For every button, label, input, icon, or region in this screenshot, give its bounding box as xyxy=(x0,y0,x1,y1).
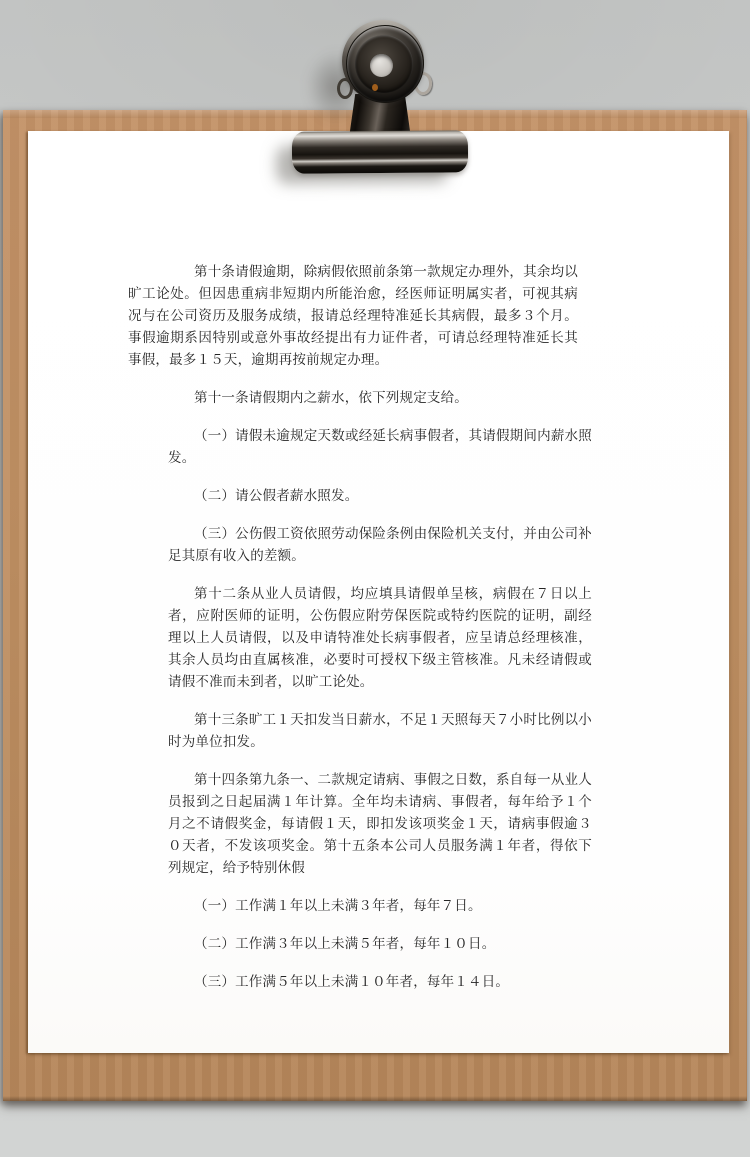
clip-spring-loop-right xyxy=(414,72,432,95)
paragraph-article-11-item-1: （一）请假未逾规定天数或经延长病事假者，其请假期间内薪水照发。 xyxy=(168,425,592,469)
clip-knob-glint xyxy=(372,84,378,91)
paragraph-article-13: 第十三条旷工１天扣发当日薪水，不足１天照每天７小时比例以小时为单位扣发。 xyxy=(168,709,592,753)
photo-scene: { "scene": { "wall_color_top": "#c6c8c7"… xyxy=(0,0,750,1157)
clip-spring-loop-left xyxy=(337,78,353,99)
clip-knob-face xyxy=(355,35,413,93)
wall-background: 第十条请假逾期，除病假依照前条第一款规定办理外，其余均以旷工论处。但因患重病非短… xyxy=(0,0,750,1157)
clip-knob-hole xyxy=(370,54,393,77)
paragraph-article-15-item-1: （一）工作满１年以上未满３年者，每年７日。 xyxy=(168,895,592,917)
paragraph-article-11-item-3: （三）公伤假工资依照劳动保险条例由保险机关支付，并由公司补足其原有收入的差额。 xyxy=(168,523,592,567)
clip-knob xyxy=(346,25,424,103)
paragraph-article-11: 第十一条请假期内之薪水，依下列规定支给。 xyxy=(168,387,592,409)
paragraph-article-15-item-2: （二）工作满３年以上未满５年者，每年１０日。 xyxy=(168,933,592,955)
paragraph-article-14-15: 第十四条第九条一、二款规定请病、事假之日数，系自每一从业人员报到之日起届满１年计… xyxy=(168,769,592,879)
paragraph-article-12: 第十二条从业人员请假，均应填具请假单呈核，病假在７日以上者，应附医师的证明，公伤… xyxy=(168,583,592,693)
paragraph-article-10: 第十条请假逾期，除病假依照前条第一款规定办理外，其余均以旷工论处。但因患重病非短… xyxy=(128,261,578,371)
document-text: 第十条请假逾期，除病假依照前条第一款规定办理外，其余均以旷工论处。但因患重病非短… xyxy=(168,261,592,993)
paragraph-article-11-item-2: （二）请公假者薪水照发。 xyxy=(168,485,592,507)
paper-sheet: 第十条请假逾期，除病假依照前条第一款规定办理外，其余均以旷工论处。但因患重病非短… xyxy=(28,131,729,1053)
clip-knob-back xyxy=(342,20,424,102)
paragraph-article-15-item-3: （三）工作满５年以上未满１０年者，每年１４日。 xyxy=(168,971,592,993)
clipboard: 第十条请假逾期，除病假依照前条第一款规定办理外，其余均以旷工论处。但因患重病非短… xyxy=(3,110,747,1101)
